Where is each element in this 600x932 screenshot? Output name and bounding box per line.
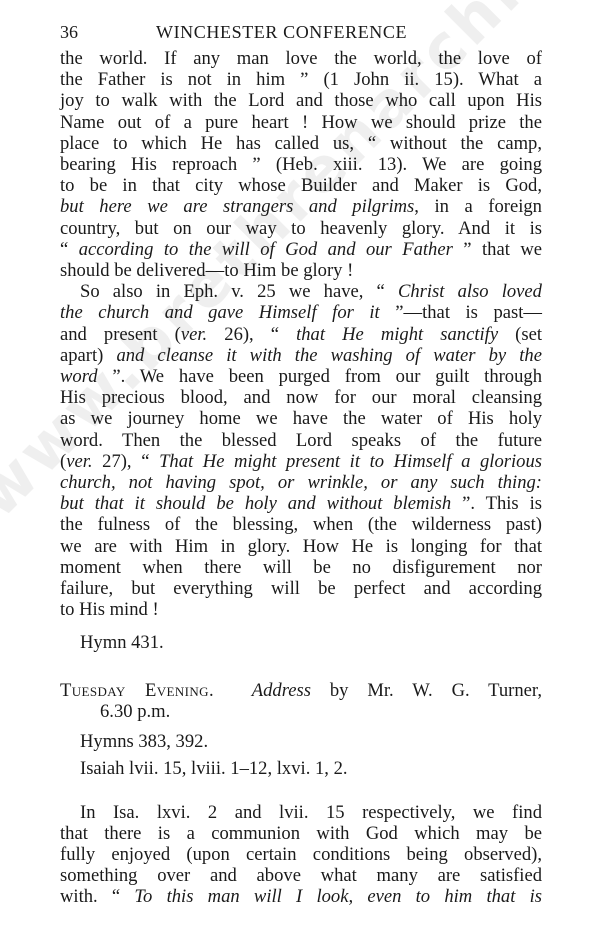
address-label: Address <box>252 680 311 701</box>
text-line: failure, but everything will be perfect … <box>60 578 542 599</box>
paragraph-1: the world. If any man love the world, th… <box>60 48 542 281</box>
text-line: should be delivered—to Him be glory ! <box>60 260 542 281</box>
italic-quote: the church and gave Himself for it <box>60 302 380 323</box>
text-line: to His mind ! <box>60 599 542 620</box>
page-number: 36 <box>60 22 156 43</box>
section-heading: Tuesday Evening. Address by Mr. W. G. Tu… <box>60 680 542 722</box>
italic-quote: that He might sanctify <box>296 324 498 345</box>
section-gap <box>60 654 542 680</box>
text-line: joy to walk with the Lord and those who … <box>60 90 542 111</box>
text-line: (ver. 27), “ That He might present it to… <box>60 451 542 472</box>
scripture-reading: Isaiah lvii. 15, lviii. 1–12, lxvi. 1, 2… <box>80 758 542 779</box>
text-line: as we journey home we have the water of … <box>60 408 542 429</box>
text-line: Name out of a pure heart ! How we should… <box>60 112 542 133</box>
section-gap <box>60 780 542 802</box>
text-line: but that it should be holy and without b… <box>60 493 542 514</box>
text-line: church, not having spot, or wrinkle, or … <box>60 472 542 493</box>
text-line: word ”. We have been purged from our gui… <box>60 366 542 387</box>
text-line: In Isa. lxvi. 2 and lvii. 15 respectivel… <box>60 802 542 823</box>
text-line: but here we are strangers and pilgrims, … <box>60 196 542 217</box>
text-line: word. Then the blessed Lord speaks of th… <box>60 430 542 451</box>
text-line: fully enjoyed (upon certain conditions b… <box>60 844 542 865</box>
italic-quote: Christ also loved <box>398 281 542 302</box>
text-line: bearing His reproach ” (Heb. xiii. 13). … <box>60 154 542 175</box>
text-line: apart) and cleanse it with the washing o… <box>60 345 542 366</box>
italic-quote: but here we are strangers and pilgrims <box>60 196 414 217</box>
text-line: His precious blood, and now for our mora… <box>60 387 542 408</box>
text-line: that there is a communion with God which… <box>60 823 542 844</box>
text-line: we are with Him in glory. How He is long… <box>60 536 542 557</box>
running-head: 36 WINCHESTER CONFERENCE <box>60 22 542 48</box>
text-line: moment when there will be no disfigureme… <box>60 557 542 578</box>
text-line: something over and above what many are s… <box>60 865 542 886</box>
text-line: country, but on our way to heavenly glor… <box>60 218 542 239</box>
italic-quote: To this man will I look, even to him tha… <box>134 886 542 907</box>
text-line: and present (ver. 26), “ that He might s… <box>60 324 542 345</box>
text-line: Tuesday Evening. Address by Mr. W. G. Tu… <box>60 680 542 701</box>
text-line: So also in Eph. v. 25 we have, “ Christ … <box>60 281 542 302</box>
hymns-list: Hymns 383, 392. <box>80 731 542 752</box>
speaker: by Mr. W. G. Turner, <box>311 680 542 701</box>
book-page: 36 WINCHESTER CONFERENCE the world. If a… <box>60 22 542 908</box>
hymn-reference: Hymn 431. <box>80 632 542 653</box>
italic-quote: and cleanse it with the washing of water… <box>116 345 542 366</box>
italic-quote: That He might present it to Himself a gl… <box>159 451 542 472</box>
text-line: “ according to the will of God and our F… <box>60 239 542 260</box>
text-line: the world. If any man love the world, th… <box>60 48 542 69</box>
paragraph-2: So also in Eph. v. 25 we have, “ Christ … <box>60 281 542 620</box>
paragraph-3: In Isa. lxvi. 2 and lvii. 15 respectivel… <box>60 802 542 908</box>
text-line: the fulness of the blessing, when (the w… <box>60 514 542 535</box>
italic-quote: but that it should be holy and without b… <box>60 493 451 514</box>
text-line: place to which He has called us, “ witho… <box>60 133 542 154</box>
text-line: the church and gave Himself for it ”—tha… <box>60 302 542 323</box>
italic-quote: according to the will of God and our Fat… <box>79 239 453 260</box>
running-title: WINCHESTER CONFERENCE <box>156 22 407 43</box>
section-title: Tuesday Evening. <box>60 680 214 701</box>
text-line: to be in that city whose Builder and Mak… <box>60 175 542 196</box>
session-time: 6.30 p.m. <box>60 701 542 722</box>
italic-quote: word <box>60 366 98 387</box>
text-line: the Father is not in him ” (1 John ii. 1… <box>60 69 542 90</box>
text-line: with. “ To this man will I look, even to… <box>60 886 542 907</box>
